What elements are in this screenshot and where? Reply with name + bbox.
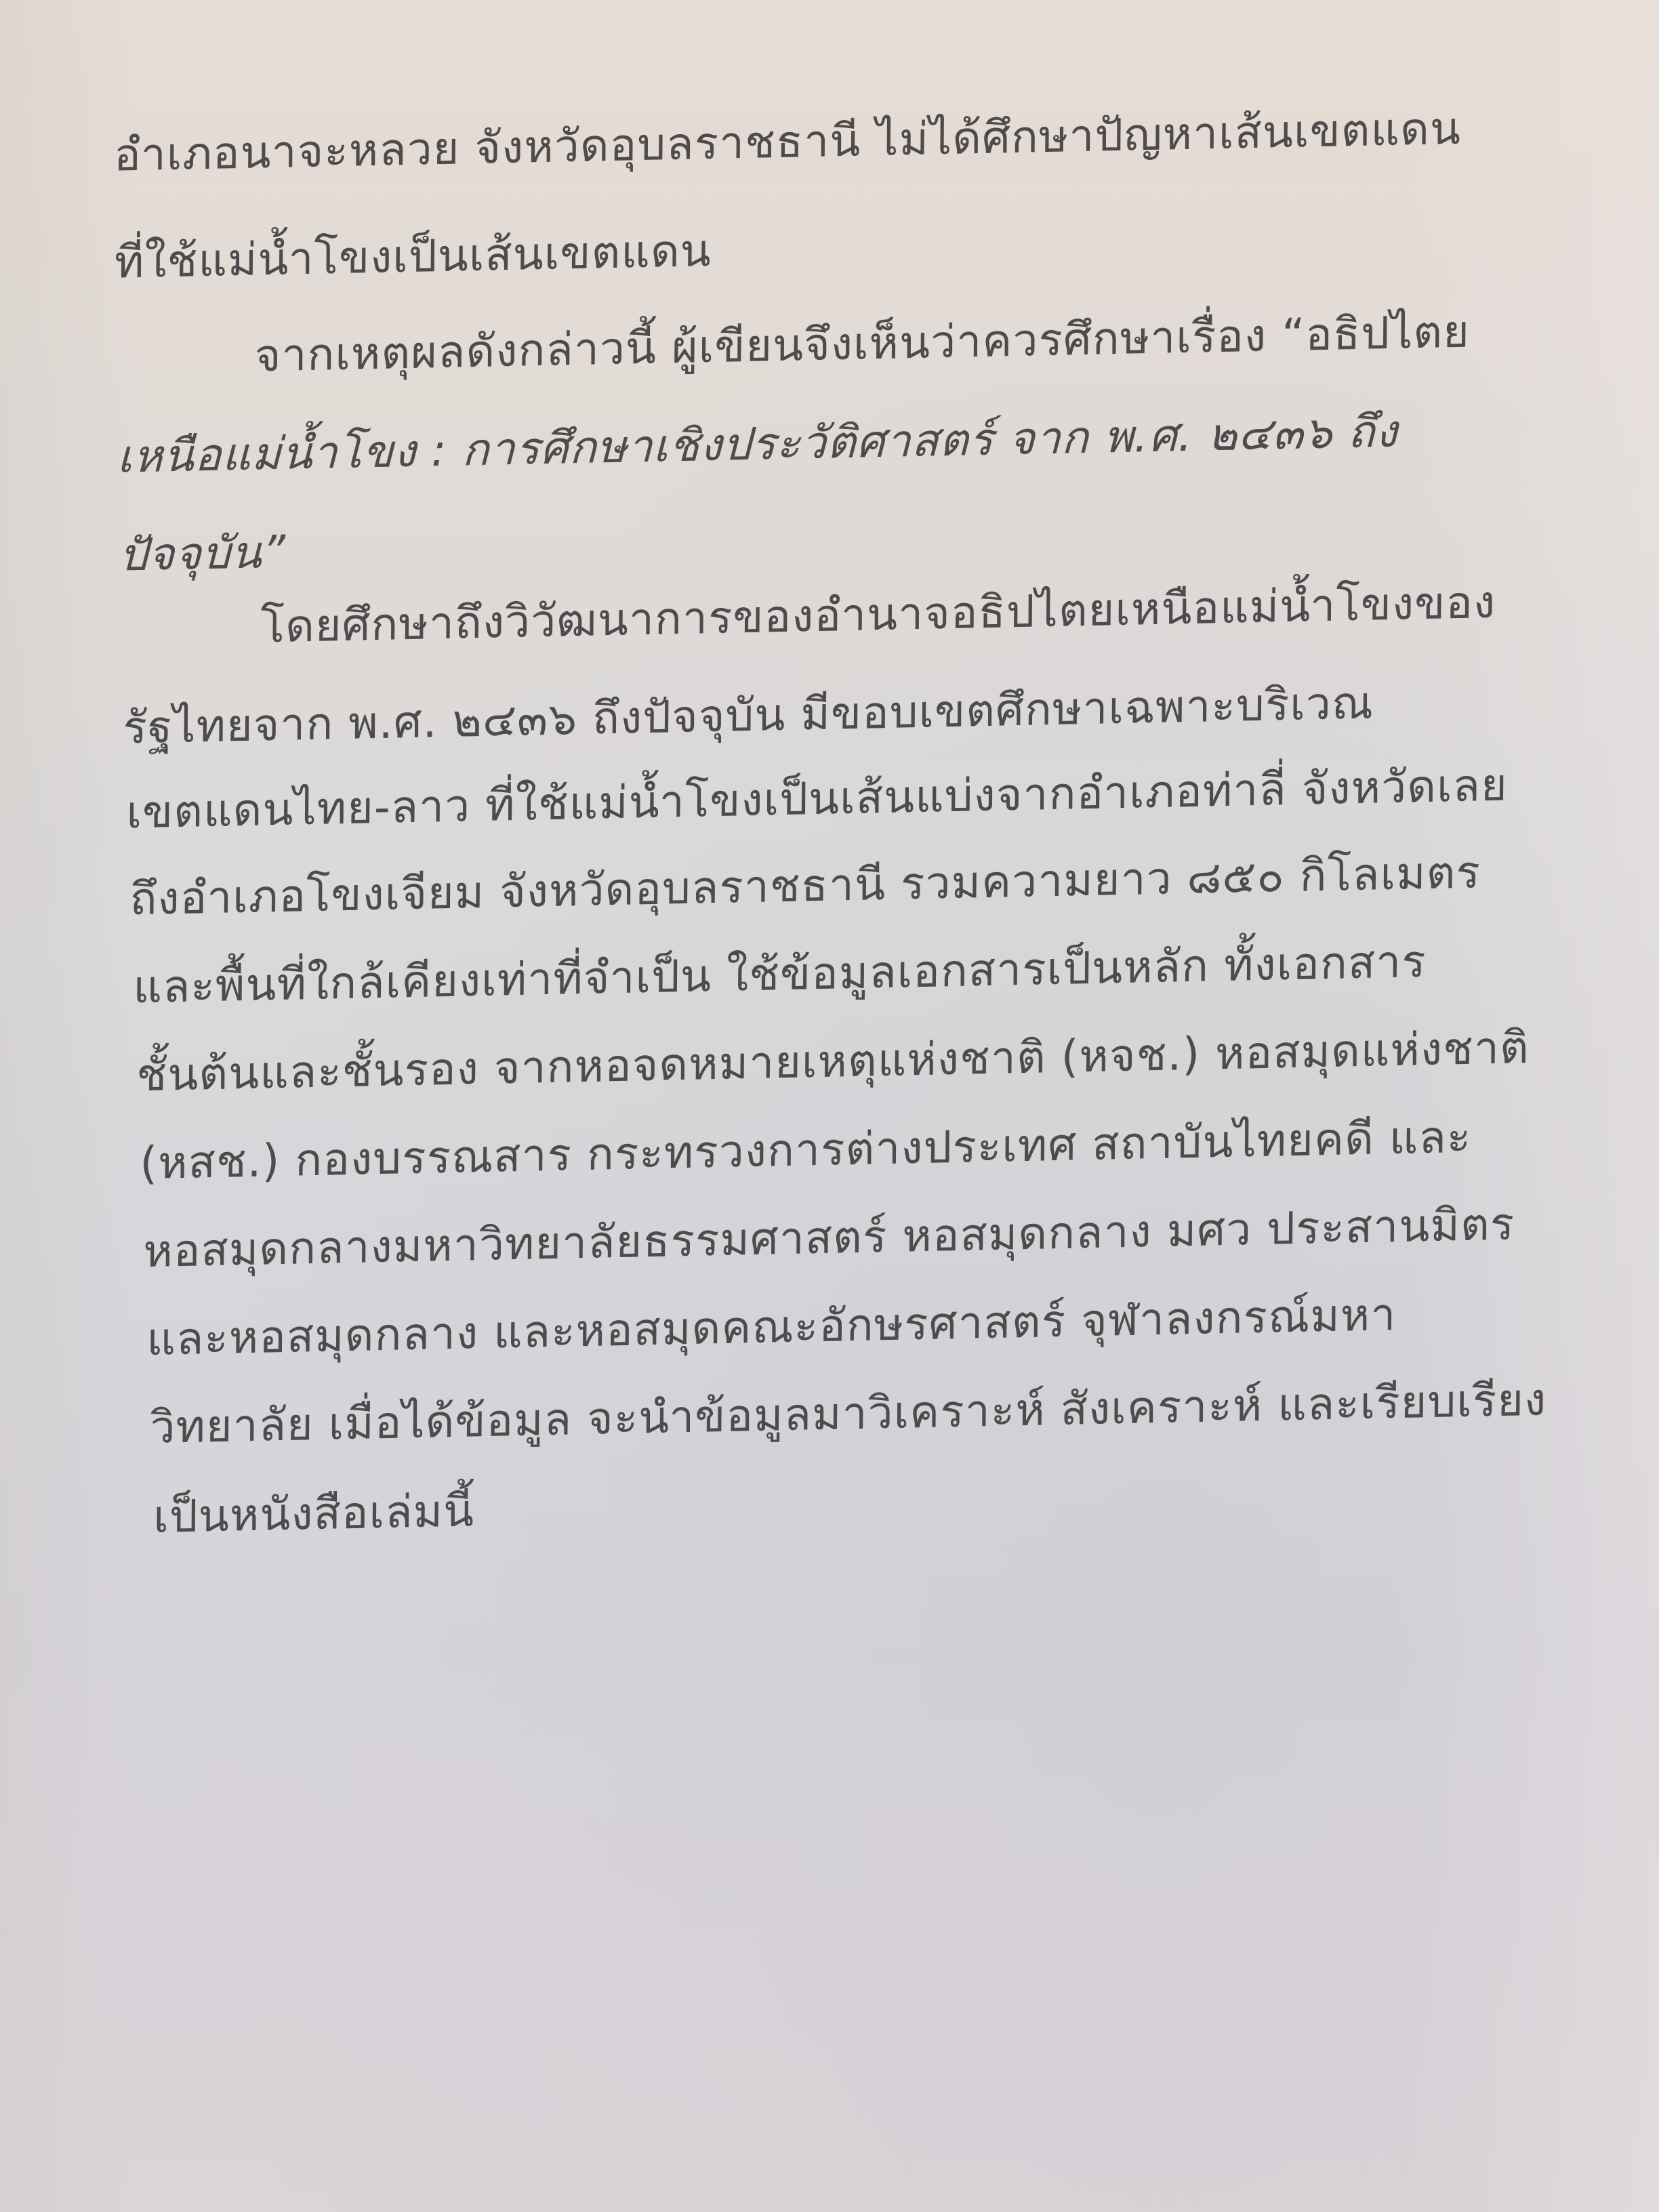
text-line: ชั้นต้นและชั้นรอง จากหอจดหมายเหตุแห่งชาต…: [136, 1025, 1530, 1098]
text-line: อำเภอนาจะหลวย จังหวัดอุบลราชธานี ไม่ได้ศ…: [114, 105, 1530, 178]
text-line: เขตแดนไทย-ลาว ที่ใช้แม่น้ำโขงเป็นเส้นแบ่…: [126, 763, 1508, 836]
text-line: โดยศึกษาถึงวิวัฒนาการของอำนาจอธิปไตยเหนื…: [260, 580, 1496, 650]
quoted-title-line: ปัจจุบัน”: [119, 530, 286, 578]
text-line: ถึงอำเภอโขงเจียม จังหวัดอุบลราชธานี รวมค…: [129, 850, 1481, 922]
text-line: ที่ใช้แม่น้ำโขงเป็นเส้นเขตแดน: [115, 228, 712, 285]
text-line: (หสช.) กองบรรณสาร กระทรวงการต่างประเทศ ส…: [140, 1115, 1471, 1186]
text-line: รัฐไทยจาก พ.ศ. ๒๔๓๖ ถึงปัจจุบัน มีขอบเขต…: [123, 681, 1374, 751]
text-line: วิทยาลัย เมื่อได้ข้อมูล จะนำข้อมูลมาวิเค…: [150, 1378, 1547, 1450]
text-line: หอสมุดกลางมหาวิทยาลัยธรรมศาสตร์ หอสมุดกล…: [143, 1202, 1515, 1274]
text-line: เป็นหนังสือเล่มนี้: [153, 1488, 474, 1540]
text-line: จากเหตุผลดังกล่าวนี้ ผู้เขียนจึงเห็นว่าค…: [254, 310, 1470, 379]
book-page: อำเภอนาจะหลวย จังหวัดอุบลราชธานี ไม่ได้ศ…: [0, 0, 1659, 2212]
text-line: และหอสมุดกลาง และหอสมุดคณะอักษรศาสตร์ จุ…: [146, 1292, 1396, 1362]
text-line: และพื้นที่ใกล้เคียงเท่าที่จำเป็น ใช้ข้อม…: [133, 939, 1427, 1010]
quoted-title-line: เหนือแม่น้ำโขง : การศึกษาเชิงประวัติศาสต…: [117, 409, 1398, 480]
